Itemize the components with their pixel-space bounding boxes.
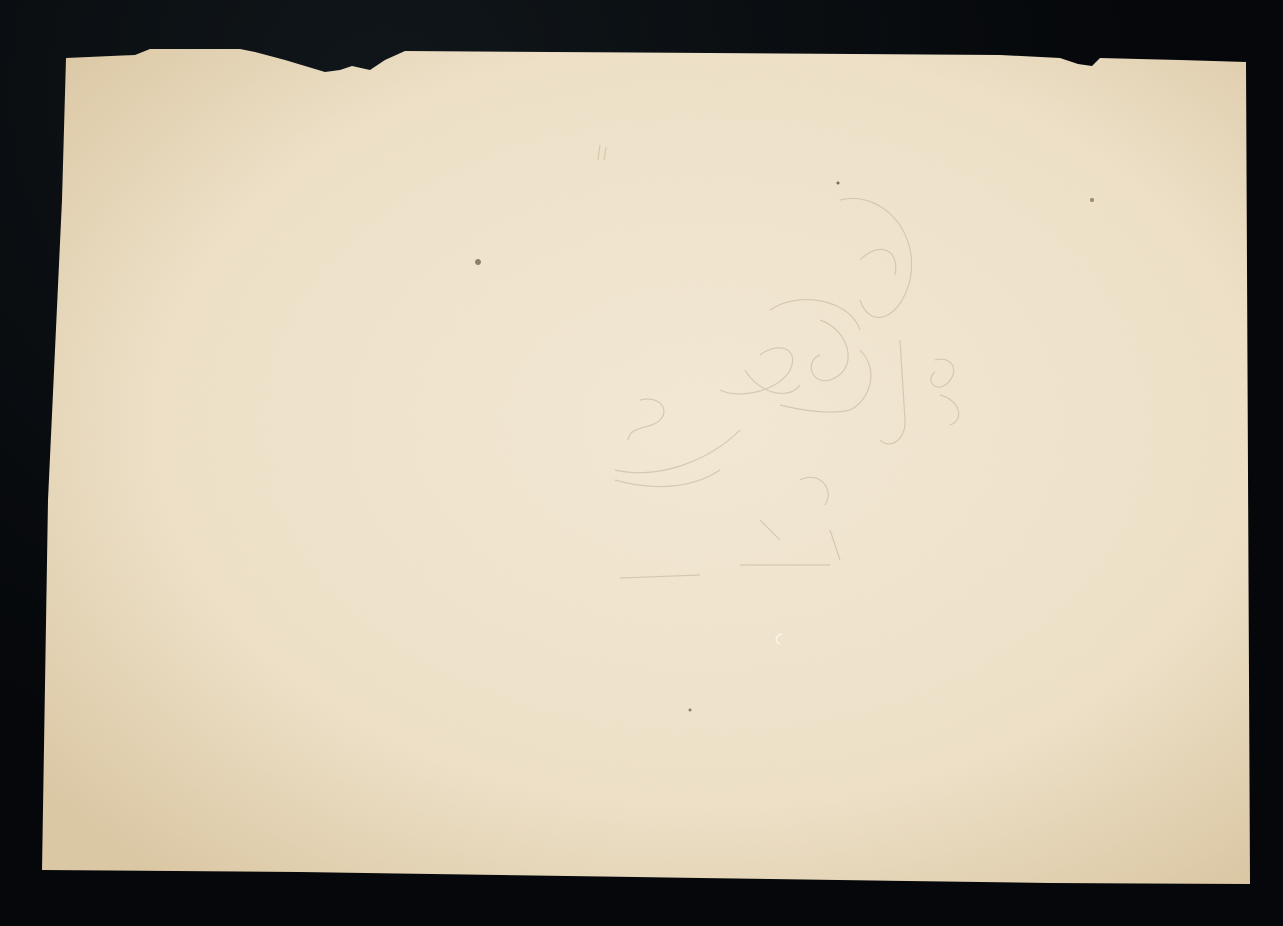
paper-sheet xyxy=(0,0,1283,926)
paper-illustration xyxy=(0,0,1283,926)
